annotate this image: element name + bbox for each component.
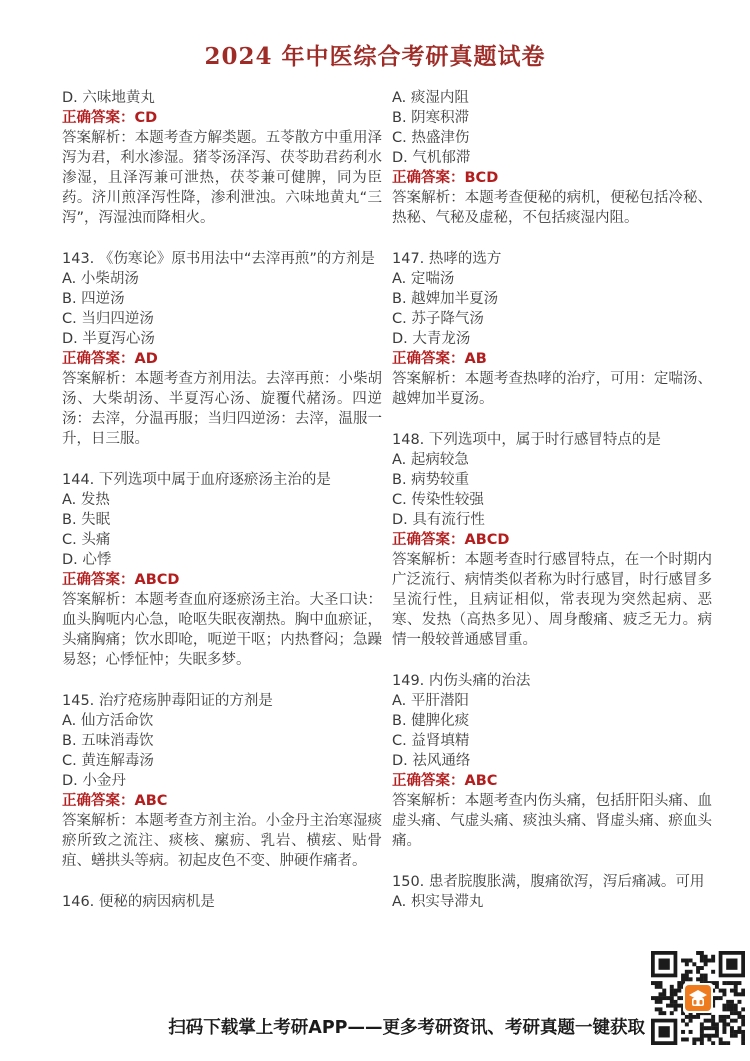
answer-explanation: 答案解析：本题考查内伤头痛，包括肝阳头痛、血虚头痛、气虚头痛、痰浊头痛、肾虚头痛…	[392, 791, 712, 851]
answer-option: D. 气机郁滞	[392, 148, 712, 168]
question-stem: 143. 《伤寒论》原书用法中“去滓再煎”的方剂是	[62, 249, 382, 269]
question-stem: 150. 患者脘腹胀满，腹痛欲泻，泻后痛减。可用	[392, 872, 712, 892]
answer-option: A. 小柴胡汤	[62, 269, 382, 289]
correct-answer-value: AD	[135, 351, 158, 367]
correct-answer-value: ABC	[135, 793, 168, 809]
correct-answer-value: ABCD	[135, 572, 180, 588]
question-block: 150. 患者脘腹胀满，腹痛欲泻，泻后痛减。可用A. 枳实导滞丸	[392, 872, 712, 912]
answer-option: D. 小金丹	[62, 771, 382, 791]
question-stem: 145. 治疗疮疡肿毒阳证的方剂是	[62, 691, 382, 711]
question-block: 146. 便秘的病因病机是	[62, 892, 382, 912]
question-block: 145. 治疗疮疡肿毒阳证的方剂是A. 仙方活命饮B. 五味消毒饮C. 黄连解毒…	[62, 691, 382, 871]
correct-answer-line: 正确答案：ABCD	[62, 570, 382, 590]
answer-option: C. 当归四逆汤	[62, 309, 382, 329]
question-stem: 148. 下列选项中，属于时行感冒特点的是	[392, 430, 712, 450]
answer-option: C. 黄连解毒汤	[62, 751, 382, 771]
correct-answer-line: 正确答案：BCD	[392, 168, 712, 188]
answer-option: A. 仙方活命饮	[62, 711, 382, 731]
answer-option: D. 心悸	[62, 550, 382, 570]
answer-option: B. 病势较重	[392, 470, 712, 490]
answer-option: A. 平肝潜阳	[392, 691, 712, 711]
correct-answer-value: CD	[135, 110, 158, 126]
answer-option: A. 发热	[62, 490, 382, 510]
question-block: 147. 热哮的选方A. 定喘汤B. 越婢加半夏汤C. 苏子降气汤D. 大青龙汤…	[392, 249, 712, 409]
question-stem: 149. 内伤头痛的治法	[392, 671, 712, 691]
correct-answer-value: AB	[465, 351, 487, 367]
answer-option: D. 祛风通络	[392, 751, 712, 771]
answer-option: A. 起病较急	[392, 450, 712, 470]
question-block: 149. 内伤头痛的治法A. 平肝潜阳B. 健脾化痰C. 益肾填精D. 祛风通络…	[392, 671, 712, 851]
answer-explanation: 答案解析：本题考查方解类题。五苓散方中重用泽泻为君，利水渗湿。猪苓汤泽泻、茯苓助…	[62, 128, 382, 228]
explanation-label: 答案解析：	[62, 813, 135, 829]
answer-option: B. 五味消毒饮	[62, 731, 382, 751]
answer-option: C. 益肾填精	[392, 731, 712, 751]
correct-answer-value: ABCD	[465, 532, 510, 548]
answer-option: D. 具有流行性	[392, 510, 712, 530]
question-block: 144. 下列选项中属于血府逐瘀汤主治的是A. 发热B. 失眠C. 头痛D. 心…	[62, 470, 382, 670]
footer: 扫码下载掌上考研APP——更多考研资讯、考研真题一键获取	[168, 951, 745, 1045]
right-column: A. 痰湿内阻B. 阴寒积滞C. 热盛津伤D. 气机郁滞正确答案：BCD答案解析…	[392, 88, 712, 933]
correct-answer-label: 正确答案：	[392, 351, 465, 367]
answer-option: D. 六味地黄丸	[62, 88, 382, 108]
explanation-label: 答案解析：	[62, 130, 135, 146]
question-block: D. 六味地黄丸正确答案：CD答案解析：本题考查方解类题。五苓散方中重用泽泻为君…	[62, 88, 382, 228]
answer-explanation: 答案解析：本题考查血府逐瘀汤主治。大圣口诀：血头胸呃内心急，呛呕失眠夜潮热。胸中…	[62, 590, 382, 670]
explanation-label: 答案解析：	[392, 371, 465, 387]
answer-option: C. 苏子降气汤	[392, 309, 712, 329]
answer-option: B. 阴寒积滞	[392, 108, 712, 128]
correct-answer-value: ABC	[465, 773, 498, 789]
footer-text: 扫码下载掌上考研APP——更多考研资讯、考研真题一键获取	[168, 1014, 645, 1039]
answer-option: C. 热盛津伤	[392, 128, 712, 148]
left-column: D. 六味地黄丸正确答案：CD答案解析：本题考查方解类题。五苓散方中重用泽泻为君…	[62, 88, 382, 933]
correct-answer-label: 正确答案：	[392, 532, 465, 548]
correct-answer-line: 正确答案：AD	[62, 349, 382, 369]
correct-answer-label: 正确答案：	[62, 110, 135, 126]
correct-answer-value: BCD	[465, 170, 499, 186]
correct-answer-line: 正确答案：ABCD	[392, 530, 712, 550]
page-title: 2024 年中医综合考研真题试卷	[0, 0, 750, 71]
correct-answer-line: 正确答案：AB	[392, 349, 712, 369]
correct-answer-label: 正确答案：	[392, 170, 465, 186]
answer-explanation: 答案解析：本题考查热哮的治疗，可用：定喘汤、越婢加半夏汤。	[392, 369, 712, 409]
answer-option: B. 越婢加半夏汤	[392, 289, 712, 309]
answer-explanation: 答案解析：本题考查方剂主治。小金丹主治寒湿痰瘀所致之流注、痰核、瘰疬、乳岩、横痃…	[62, 811, 382, 871]
answer-option: A. 痰湿内阻	[392, 88, 712, 108]
correct-answer-line: 正确答案：ABC	[62, 791, 382, 811]
correct-answer-label: 正确答案：	[62, 351, 135, 367]
qr-code-icon	[651, 951, 745, 1045]
answer-option: A. 定喘汤	[392, 269, 712, 289]
answer-explanation: 答案解析：本题考查方剂用法。去滓再煎：小柴胡汤、大柴胡汤、半夏泻心汤、旋覆代赭汤…	[62, 369, 382, 449]
answer-explanation: 答案解析：本题考查便秘的病机，便秘包括冷秘、热秘、气秘及虚秘，不包括痰湿内阻。	[392, 188, 712, 228]
question-block: 148. 下列选项中，属于时行感冒特点的是A. 起病较急B. 病势较重C. 传染…	[392, 430, 712, 650]
explanation-label: 答案解析：	[392, 793, 465, 809]
question-stem: 146. 便秘的病因病机是	[62, 892, 382, 912]
correct-answer-label: 正确答案：	[62, 793, 135, 809]
answer-option: D. 半夏泻心汤	[62, 329, 382, 349]
explanation-label: 答案解析：	[62, 371, 135, 387]
answer-option: C. 传染性较强	[392, 490, 712, 510]
question-block: 143. 《伤寒论》原书用法中“去滓再煎”的方剂是A. 小柴胡汤B. 四逆汤C.…	[62, 249, 382, 449]
content-columns: D. 六味地黄丸正确答案：CD答案解析：本题考查方解类题。五苓散方中重用泽泻为君…	[62, 88, 712, 933]
correct-answer-label: 正确答案：	[392, 773, 465, 789]
question-stem: 147. 热哮的选方	[392, 249, 712, 269]
answer-option: B. 失眠	[62, 510, 382, 530]
explanation-label: 答案解析：	[392, 190, 465, 206]
exam-paper-page: 2024 年中医综合考研真题试卷 D. 六味地黄丸正确答案：CD答案解析：本题考…	[0, 0, 750, 1061]
answer-explanation: 答案解析：本题考查时行感冒特点，在一个时期内广泛流行、病情类似者称为时行感冒，时…	[392, 550, 712, 650]
correct-answer-line: 正确答案：CD	[62, 108, 382, 128]
question-stem: 144. 下列选项中属于血府逐瘀汤主治的是	[62, 470, 382, 490]
correct-answer-label: 正确答案：	[62, 572, 135, 588]
answer-option: B. 四逆汤	[62, 289, 382, 309]
answer-option: D. 大青龙汤	[392, 329, 712, 349]
answer-option: B. 健脾化痰	[392, 711, 712, 731]
correct-answer-line: 正确答案：ABC	[392, 771, 712, 791]
answer-option: C. 头痛	[62, 530, 382, 550]
question-block: A. 痰湿内阻B. 阴寒积滞C. 热盛津伤D. 气机郁滞正确答案：BCD答案解析…	[392, 88, 712, 228]
answer-option: A. 枳实导滞丸	[392, 892, 712, 912]
explanation-label: 答案解析：	[62, 592, 135, 608]
explanation-label: 答案解析：	[392, 552, 465, 568]
